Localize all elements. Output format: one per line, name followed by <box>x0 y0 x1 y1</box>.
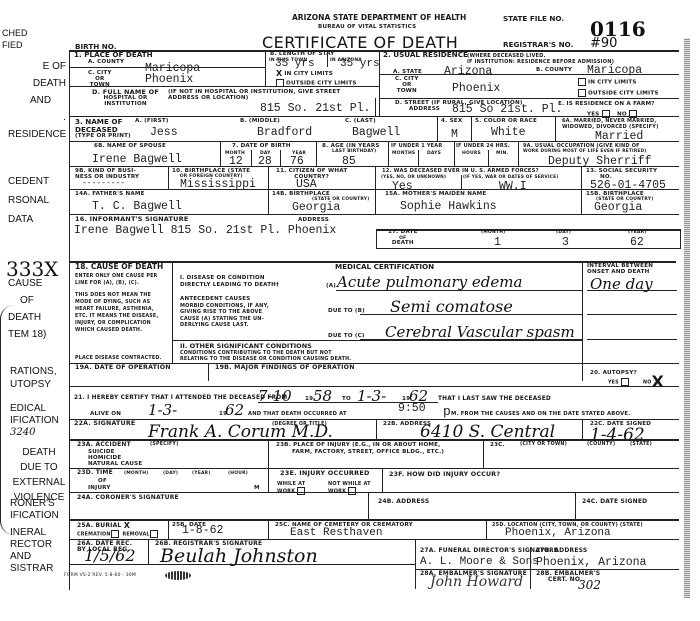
rule <box>251 150 252 166</box>
age-label: 8. AGE (IN YEARS LAST BIRTHDAY) <box>322 143 380 155</box>
location-value: Phoenix, Arizona <box>505 527 611 539</box>
armed-yesno-label: (YES, NO, OR UNKNOWN) <box>381 175 446 182</box>
embalmer-cert-value: 302 <box>578 578 601 592</box>
attended-to-value: 1-3- <box>357 387 386 405</box>
time-of-label: OF <box>98 478 107 485</box>
first-name-value: Jess <box>150 126 178 139</box>
side-label-decedent: CEDENT RSONAL DATA <box>8 172 49 229</box>
specify-label: (SPECIFY) <box>150 442 179 449</box>
cemetery-value: East Resthaven <box>290 527 382 539</box>
checkbox-icon <box>150 530 158 538</box>
dob-label: 7. DATE OF BIRTH <box>232 143 291 150</box>
time-month-label: (MONTH) <box>124 471 148 478</box>
rule <box>368 492 369 519</box>
sex-value: M <box>451 128 458 141</box>
res-city-value: Phoenix <box>452 82 500 95</box>
rule <box>437 116 438 141</box>
manner-types: SUICIDE HOMICIDE NATURAL CAUSE <box>88 449 142 467</box>
rule <box>268 189 269 214</box>
business-value: --------- <box>82 179 125 188</box>
death-city-value: Phoenix <box>145 73 193 86</box>
coroner-signature-label: 24A. CORONER'S SIGNATURE <box>77 495 179 502</box>
rule <box>172 340 582 341</box>
marital-label: 6A. MARRIED, NEVER MARRIED, WIDOWED, DIV… <box>562 118 659 130</box>
date-received-value: 1/5/62 <box>84 546 136 565</box>
side-label-operations: RATIONS, UTOPSY <box>10 365 56 391</box>
agency-name: ARIZONA STATE DEPARTMENT OF HEALTH <box>292 14 466 22</box>
rule <box>418 150 419 166</box>
residence-label: 2. USUAL RESIDENCE <box>383 51 468 59</box>
checkbox-icon <box>348 487 356 495</box>
length-of-stay-label: B. LENGTH OF STAY <box>270 51 335 58</box>
state-file-label: STATE FILE NO. <box>503 15 564 23</box>
medical-certification-title: MEDICAL CERTIFICATION <box>335 263 434 271</box>
rule <box>471 116 472 141</box>
scanned-page-edge <box>684 38 690 598</box>
dod-label: 17. DATE OF DEATH <box>388 230 418 247</box>
side-label-place-residence: E OF DEATH AND . RESIDENCE <box>8 58 66 143</box>
rule <box>518 141 519 166</box>
first-name-label: A. (FIRST) <box>135 118 169 125</box>
operation-findings-label: 19B. MAJOR FINDINGS OF OPERATION <box>215 365 355 372</box>
cause-a-label: (A) <box>326 283 336 290</box>
res-county-value: Maricopa <box>587 64 642 77</box>
rule <box>208 363 209 381</box>
rule <box>587 314 677 315</box>
ampm-value: p <box>443 404 451 419</box>
rule <box>69 419 679 420</box>
autopsy-label: 20. AUTOPSY? <box>590 370 637 377</box>
hours-label: HOURS <box>462 151 481 158</box>
rule <box>268 468 269 492</box>
side-label-violence: DEATH DUE TO EXTERNAL VIOLENCE <box>10 445 68 505</box>
res-state-value: Arizona <box>444 65 492 78</box>
checkbox-icon <box>578 78 586 86</box>
mother-label: 15A. MOTHER'S MAIDEN NAME <box>385 191 486 198</box>
time-hour-label: (HOUR) <box>228 471 248 478</box>
injury-occurred-label: 23E. INJURY OCCURRED <box>280 470 370 477</box>
rule <box>69 116 679 117</box>
registrar-number: #90 <box>590 36 617 51</box>
dod-month-value: 1 <box>494 236 501 249</box>
how-injury-label: 23F. HOW DID INJURY OCCUR? <box>389 472 500 479</box>
rule <box>268 439 269 468</box>
certify-label: 21. I HEREBY CERTIFY THAT I ATTENDED THE… <box>74 395 287 402</box>
antecedent-label: ANTECEDENT CAUSES MORBID CONDITIONS, IF … <box>180 296 269 329</box>
stay-in-state-value: 35 yrs <box>340 58 380 70</box>
father-value: T. C. Bagwell <box>92 200 182 213</box>
attended-from-year: 58 <box>313 387 332 405</box>
physician-signature-label: 22A. SIGNATURE <box>74 421 135 428</box>
hospital-value: 815 So. 21st Pl. <box>260 102 370 115</box>
months-label: MONTHS <box>392 151 415 158</box>
rule <box>382 468 383 492</box>
rule <box>360 314 582 315</box>
city-town-label: (CITY OR TOWN) <box>520 442 567 449</box>
mother-value: Sophie Hawkins <box>400 200 497 213</box>
deceased-name-label: 3. NAME OF DECEASED (TYPE OR PRINT) <box>75 118 131 140</box>
rule <box>220 141 221 166</box>
rule <box>376 419 377 439</box>
attended-from-value: 7-10 <box>258 387 292 405</box>
res-county-label: B. COUNTY <box>536 67 572 74</box>
checkbox-icon <box>297 487 305 495</box>
operation-date-label: 19A. DATE OF OPERATION <box>75 365 171 372</box>
embalmer-signature-value: John Howard <box>430 574 523 590</box>
race-label: 5. COLOR OR RACE <box>475 118 537 125</box>
union-seal-icon <box>165 571 191 580</box>
spouse-label: 6B. NAME OF SPOUSE <box>94 143 166 150</box>
rule <box>415 539 416 589</box>
middle-name-value: Bradford <box>257 126 312 139</box>
death-at-label: AND THAT DEATH OCCURRED AT <box>248 411 347 418</box>
informant-value: Irene Bagwell 815 So. 21st Pl. Phoenix <box>74 224 336 237</box>
form-number: FORM VS-2 REV. 5-8-60 - 30M <box>64 573 136 580</box>
under-day-label: IF UNDER 24 HRS. <box>456 143 510 150</box>
middle-name-label: B. (MIDDLE) <box>240 118 280 125</box>
place-of-death-label: 1. PLACE OF DEATH <box>74 51 153 59</box>
alive-on-label: ALIVE ON <box>90 411 121 418</box>
race-value: White <box>491 126 526 139</box>
rule <box>483 439 484 468</box>
burial-option[interactable]: 25A. BURIAL X <box>77 522 132 530</box>
time-year-label: (YEAR) <box>192 471 211 478</box>
rule <box>69 564 415 565</box>
rule <box>69 166 679 167</box>
part1-label: I. DISEASE OR CONDITION DIRECTLY LEADING… <box>180 275 279 289</box>
alive-year-value: 62 <box>225 401 244 419</box>
res-state-label: A. STATE <box>393 69 422 76</box>
side-label-coroner: RONER'S IFICATION <box>10 498 59 522</box>
bureau-name: BUREAU OF VITAL STATISTICS <box>318 24 416 31</box>
county-col-label: (COUNTY) <box>587 442 615 449</box>
rule <box>575 492 576 519</box>
rule <box>69 468 679 469</box>
hospital-note: (IF NOT IN HOSPITAL OR INSTITUTION, GIVE… <box>168 89 340 101</box>
rule <box>581 166 582 214</box>
accident-label: 23A. ACCIDENT <box>77 442 131 449</box>
side-label-funeral: INERAL RECTOR AND SISTRAR <box>10 527 53 575</box>
rule <box>388 141 389 166</box>
hospital-label: D. FULL NAME OF HOSPITAL OR INSTITUTION <box>92 89 159 107</box>
rule <box>280 150 281 166</box>
checkbox-checked-icon: X <box>124 522 130 529</box>
city-label: C. CITY OR TOWN <box>88 70 112 88</box>
last-name-value: Bagwell <box>352 126 400 139</box>
part2-note: CONDITIONS CONTRIBUTING TO THE DEATH BUT… <box>180 351 351 363</box>
checkbox-checked-icon: X <box>276 70 282 77</box>
rule <box>587 290 677 291</box>
res-outside-city-limits[interactable]: OUTSIDE CITY LIMITS <box>578 89 659 97</box>
res-city-label: C. CITY OR TOWN <box>395 76 419 94</box>
checkbox-icon <box>578 89 586 97</box>
state-col-label: (STATE) <box>630 442 652 449</box>
dod-day-value: 3 <box>562 236 569 249</box>
sex-label: 4. SEX <box>441 118 462 125</box>
rule <box>268 519 269 539</box>
rule <box>69 519 679 521</box>
rule <box>69 492 679 493</box>
father-birthplace-value: Georgia <box>292 201 340 214</box>
checkbox-icon <box>621 378 629 386</box>
rule <box>375 189 376 214</box>
injury-city-label: 23C. <box>490 442 505 449</box>
rule <box>168 519 169 539</box>
injury-time-label: 23D. TIME <box>77 470 113 477</box>
director-address-value: Phoenix, Arizona <box>536 556 646 569</box>
cremation-removal-options[interactable]: CREMATION REMOVAL <box>77 530 160 539</box>
rule <box>172 261 173 363</box>
last-name-label: C. (LAST) <box>345 118 376 125</box>
from-causes-label: M. FROM THE CAUSES AND ON THE DATE STATE… <box>451 411 630 418</box>
checkbox-icon <box>276 79 284 87</box>
dod-year-value: 62 <box>630 236 644 249</box>
alive-on-value: 1-3- <box>148 401 177 419</box>
director-address-label: 27B. ADDRESS <box>536 548 587 555</box>
days-label: DAYS <box>427 151 441 158</box>
checkbox-icon <box>111 530 119 538</box>
to-label: TO <box>342 396 351 403</box>
injury-place-label: 23B. PLACE OF INJURY (E.G., IN OR ABOUT … <box>276 442 444 455</box>
rule <box>486 519 487 539</box>
rule <box>69 50 679 52</box>
rule <box>530 547 531 589</box>
funeral-director-value: A. L. Moore & Sons <box>420 556 539 568</box>
rule <box>148 539 149 564</box>
cause-section-label: 18. CAUSE OF DEATH <box>75 263 163 271</box>
res-in-city-limits[interactable]: IN CITY LIMITS <box>578 78 637 86</box>
county-label: A. COUNTY <box>88 59 124 66</box>
cause-instructions: ENTER ONLY ONE CAUSE PER LINE FOR (A), (… <box>75 273 157 287</box>
death-time-value: 9:50 <box>398 402 426 415</box>
rule <box>379 98 679 99</box>
rule <box>265 50 266 86</box>
res-street-value: 815 So 21st. Pl. <box>452 103 562 116</box>
year-prefix: 19 <box>305 396 313 403</box>
occupation-label: 9A. USUAL OCCUPATION (GIVE KIND OF WORK … <box>523 143 646 155</box>
rule <box>69 189 679 190</box>
father-label: 14A. FATHER'S NAME <box>75 191 145 198</box>
part2-label: II. OTHER SIGNIFICANT CONDITIONS <box>180 342 312 350</box>
rule <box>336 290 582 291</box>
farm-label: E. IS RESIDENCE ON A FARM? <box>558 101 655 108</box>
burial-date-value: 1-8-62 <box>182 524 223 537</box>
rule <box>587 339 677 340</box>
under-year-label: IF UNDER 1 YEAR <box>391 143 442 150</box>
cause-a-value: Acute pulmonary edema <box>337 273 522 291</box>
cause-note: THIS DOES NOT MEAN THE MODE OF DYING, SU… <box>75 292 158 334</box>
rule <box>316 141 317 166</box>
time-m-label: M <box>254 485 260 492</box>
min-label: MIN. <box>496 151 508 158</box>
form-left-border <box>69 50 70 590</box>
interval-label: INTERVAL BETWEEN ONSET AND DEATH <box>587 263 653 275</box>
death-in-city-limits[interactable]: XIN CITY LIMITS <box>276 70 333 78</box>
rule <box>488 150 489 166</box>
armed-forces-label: 12. WAS DECEASED EVER IN U. S. ARMED FOR… <box>382 168 539 175</box>
coroner-address-label: 24B. ADDRESS <box>378 499 429 506</box>
spouse-value: Irene Bagwell <box>92 153 182 166</box>
informant-address-label: ADDRESS <box>298 217 329 224</box>
war-service-value: WW.I <box>499 180 527 193</box>
rule <box>268 166 269 189</box>
rule <box>69 439 679 441</box>
rule <box>168 166 169 189</box>
rule <box>454 141 455 166</box>
checkbox-x-mark-icon: X <box>652 372 665 391</box>
mother-birthplace-value: Georgia <box>594 201 642 214</box>
time-injury-label: INJURY <box>88 485 111 492</box>
last-saw-label: THAT I LAST SAW THE DECEASED <box>438 396 551 403</box>
rule <box>375 166 376 189</box>
rule <box>461 175 462 189</box>
informant-label: 16. INFORMANT'S SIGNATURE <box>75 216 188 223</box>
rule <box>375 98 376 116</box>
coroner-date-label: 24C. DATE SIGNED <box>582 499 647 506</box>
rule <box>555 116 556 141</box>
side-label-top: CHED FIED <box>2 27 28 51</box>
side-label-medical: EDICAL IFICATION 3240 <box>10 403 59 439</box>
death-outside-city-limits[interactable]: OUTSIDE CITY LIMITS <box>276 79 357 87</box>
time-day-label: (DAY) <box>163 471 178 478</box>
registrar-label: REGISTRAR'S NO. <box>503 41 573 49</box>
rule <box>69 141 679 142</box>
place-contracted-label: PLACE DISEASE CONTRACTED. <box>75 356 162 363</box>
rule <box>582 419 583 439</box>
